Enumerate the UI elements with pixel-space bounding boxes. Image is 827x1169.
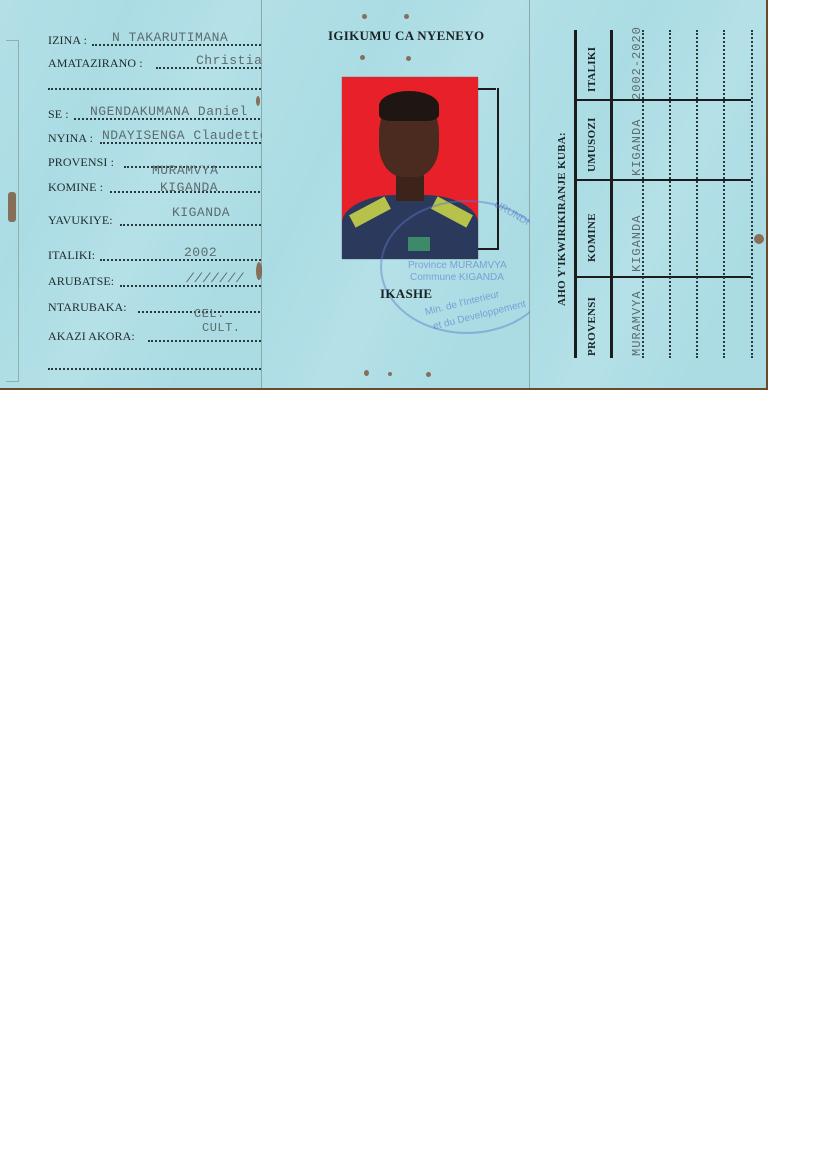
column-header-italiki: ITALIKI — [586, 47, 598, 92]
column-header-umusozi: UMUSOZI — [586, 117, 598, 172]
blank-line — [48, 88, 268, 90]
field-akazi-akora-line — [148, 340, 268, 342]
entry-line — [669, 30, 671, 358]
entry-provensi: MURAMVYA — [630, 290, 644, 356]
table-border — [610, 30, 613, 358]
stamp-caption: IKASHE — [380, 286, 432, 302]
field-komine-value: KIGANDA — [160, 180, 218, 195]
blank-line — [48, 368, 268, 370]
staple-mark — [364, 370, 369, 376]
personal-details-panel: IZINA : N TAKARUTIMANA AMATAZIRANO : Chr… — [0, 0, 262, 388]
entry-line — [751, 30, 753, 358]
entry-italiki: 2002-2020 — [630, 26, 644, 100]
photo-panel-title: IGIKUMU CA NYENEYO — [328, 28, 484, 44]
field-se-value: NGENDAKUMANA Daniel — [90, 104, 248, 119]
staple-mark — [360, 55, 365, 60]
field-akazi-akora-value-1: CEL. — [194, 307, 225, 321]
field-arubatse-label: ARUBATSE: — [48, 274, 114, 289]
field-nyina-label: NYINA : — [48, 131, 93, 146]
field-yavukiye-line — [120, 224, 268, 226]
field-provensi-label: PROVENSI : — [48, 155, 114, 170]
field-yavukiye-value: KIGANDA — [172, 205, 230, 220]
staple-mark — [388, 372, 392, 376]
table-border — [574, 30, 577, 358]
entry-umusozi: KIGANDA — [630, 119, 644, 176]
entry-komine: KIGANDA — [630, 215, 644, 272]
entry-line — [723, 30, 725, 358]
field-italiki-value: 2002 — [184, 245, 217, 260]
field-ntarubaka-label: NTARUBAKA: — [48, 300, 127, 315]
field-yavukiye-label: YAVUKIYE: — [48, 213, 113, 228]
official-stamp: URUNDI Province MURAMVYA Commune KIGANDA… — [380, 200, 554, 334]
column-header-provensi: PROVENSI — [586, 297, 598, 356]
rust-stain — [8, 192, 16, 222]
staple-mark — [426, 372, 431, 377]
field-italiki-label: ITALIKI: — [48, 248, 95, 263]
field-nyina-value: NDAYISENGA Claudette — [102, 128, 268, 143]
field-se-label: SE : — [48, 107, 69, 122]
column-header-komine: KOMINE — [586, 213, 598, 262]
field-arubatse-value: /////// — [186, 271, 244, 286]
field-provensi-value: MURAMVYA — [152, 163, 218, 178]
staple-mark — [404, 14, 409, 19]
field-amatazirano-value: Christian — [196, 53, 271, 68]
identity-card: IZINA : N TAKARUTIMANA AMATAZIRANO : Chr… — [0, 0, 768, 390]
field-amatazirano-label: AMATAZIRANO : — [48, 56, 143, 71]
entry-line — [696, 30, 698, 358]
field-akazi-akora-label: AKAZI AKORA: — [48, 329, 135, 344]
staple-mark — [406, 56, 411, 61]
staple-mark — [362, 14, 367, 19]
rust-stain — [256, 96, 260, 106]
field-komine-label: KOMINE : — [48, 180, 103, 195]
field-akazi-akora-value-2: CULT. — [202, 321, 241, 335]
field-izina-value: N TAKARUTIMANA — [112, 30, 228, 45]
residence-history-title: AHO Y'IKWIRIKIRANJE KUBA: — [556, 132, 568, 306]
rust-stain — [754, 234, 764, 244]
field-izina-label: IZINA : — [48, 33, 87, 48]
